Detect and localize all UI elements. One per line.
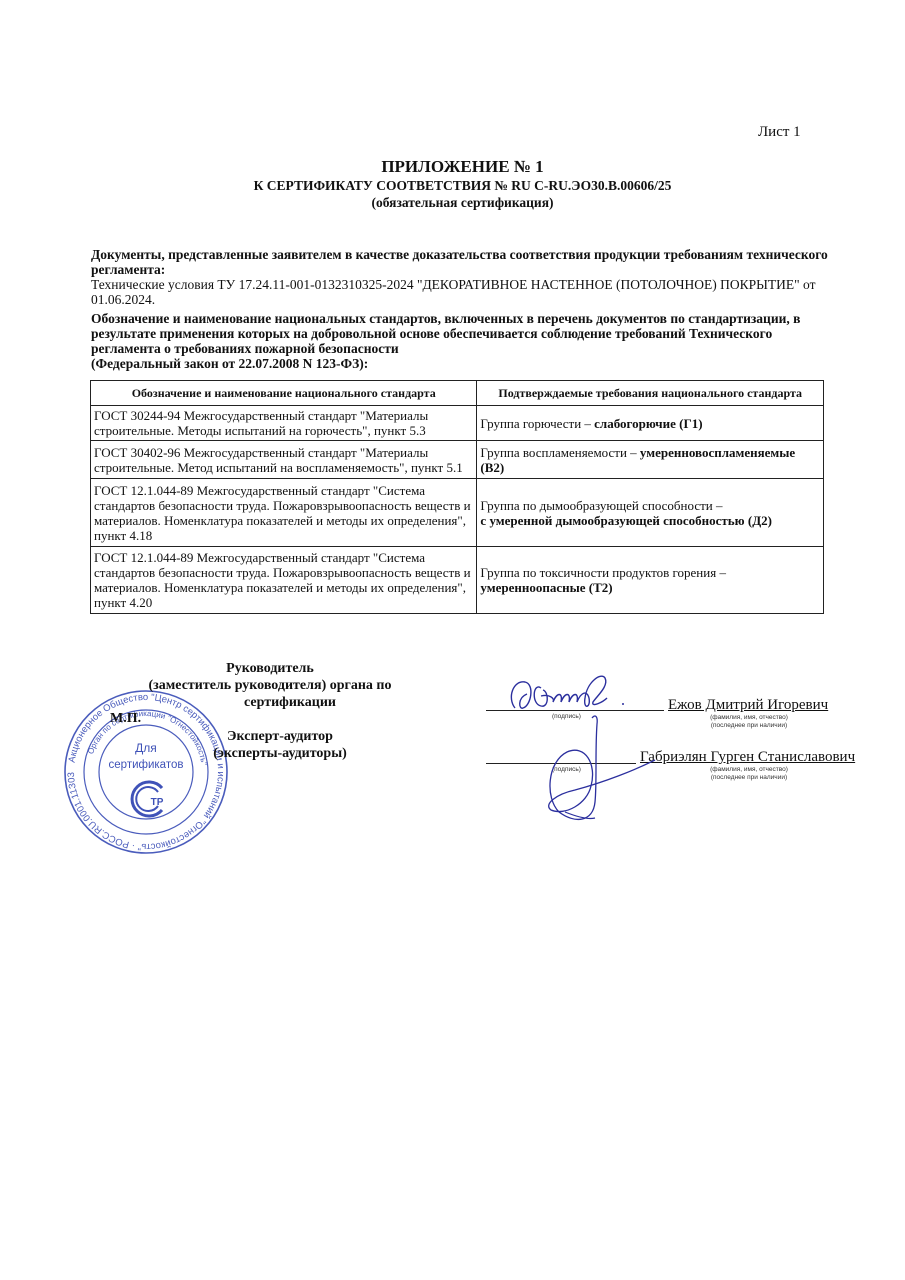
standard-cell: ГОСТ 12.1.044-89 Межгосударственный стан…: [91, 547, 477, 614]
requirement-value: с умеренной дымообразующей способностью …: [480, 513, 820, 528]
appendix-title: ПРИЛОЖЕНИЕ № 1: [20, 157, 905, 177]
table-row: ГОСТ 12.1.044-89 Межгосударственный стан…: [91, 479, 824, 547]
official-stamp-icon: Акционерное Общество "Центр сертификации…: [62, 688, 230, 856]
name-caption-line2: (последнее при наличии): [694, 722, 804, 730]
standards-heading: Обозначение и наименование национальных …: [91, 311, 831, 371]
stamp-center-line1: Для: [135, 741, 157, 755]
table-row: ГОСТ 30244-94 Межгосударственный стандар…: [91, 406, 824, 441]
requirement-prefix: Группа по токсичности продуктов горения …: [480, 565, 820, 580]
name-caption-line1: (фамилия, имя, отчество): [694, 766, 804, 774]
requirement-prefix: Группа горючести –: [480, 416, 594, 431]
requirement-cell: Группа по дымообразующей способности –с …: [477, 479, 824, 547]
column-header-standard: Обозначение и наименование национального…: [91, 381, 477, 406]
head-name: Ежов Дмитрий Игоревич: [668, 697, 828, 714]
table-header-row: Обозначение и наименование национального…: [91, 381, 824, 406]
table-row: ГОСТ 30402-96 Межгосударственный стандар…: [91, 441, 824, 479]
name-caption-line1: (фамилия, имя, отчество): [694, 714, 804, 722]
table-row: ГОСТ 12.1.044-89 Межгосударственный стан…: [91, 547, 824, 614]
head-role-line1: Руководитель: [120, 660, 420, 677]
standard-cell: ГОСТ 12.1.044-89 Межгосударственный стан…: [91, 479, 477, 547]
column-header-requirements: Подтверждаемые требования национального …: [477, 381, 824, 406]
documents-heading: Документы, представленные заявителем в к…: [91, 247, 831, 277]
head-name-caption: (фамилия, имя, отчество) (последнее при …: [694, 714, 804, 730]
requirement-cell: Группа горючести – слабогорючие (Г1): [477, 406, 824, 441]
requirement-cell: Группа по токсичности продуктов горения …: [477, 547, 824, 614]
federal-law-reference: (Федеральный закон от 22.07.2008 N 123-Ф…: [91, 356, 831, 371]
head-role-line3: сертификации: [160, 694, 420, 711]
certificate-number: К СЕРТИФИКАТУ СООТВЕТСТВИЯ № RU C-RU.ЭО3…: [20, 177, 905, 194]
expert-role: Эксперт-аудитор (эксперты-аудиторы): [170, 728, 390, 762]
requirement-value: слабогорючие (Г1): [594, 416, 702, 431]
expert-name-caption: (фамилия, имя, отчество) (последнее при …: [694, 766, 804, 782]
standards-table: Обозначение и наименование национального…: [90, 380, 824, 614]
standards-heading-text: Обозначение и наименование национальных …: [91, 311, 831, 356]
head-role-line2: (заместитель руководителя) органа по: [120, 677, 420, 694]
title-block: ПРИЛОЖЕНИЕ № 1 К СЕРТИФИКАТУ СООТВЕТСТВИ…: [0, 157, 905, 211]
stamp-place-label: М.П.: [110, 711, 141, 727]
documents-value: Технические условия ТУ 17.24.11-001-0132…: [91, 277, 831, 307]
expert-role-line1: Эксперт-аудитор: [170, 728, 390, 745]
standard-cell: ГОСТ 30244-94 Межгосударственный стандар…: [91, 406, 477, 441]
stamp-logo: ТР: [151, 797, 164, 808]
requirement-value: умеренноопасные (Т2): [480, 580, 820, 595]
sheet-label: Лист 1: [758, 124, 801, 141]
certification-type: (обязательная сертификация): [20, 194, 905, 211]
head-role: Руководитель (заместитель руководителя) …: [120, 660, 420, 711]
name-caption-line2: (последнее при наличии): [694, 774, 804, 782]
requirement-prefix: Группа по дымообразующей способности –: [480, 498, 820, 513]
expert-role-line2: (эксперты-аудиторы): [170, 745, 390, 762]
requirement-prefix: Группа воспламеняемости –: [480, 445, 639, 460]
requirement-cell: Группа воспламеняемости – умеренновоспла…: [477, 441, 824, 479]
standard-cell: ГОСТ 30402-96 Межгосударственный стандар…: [91, 441, 477, 479]
expert-name: Габриэлян Гурген Станиславович: [640, 749, 855, 766]
expert-signature-icon: [545, 712, 665, 832]
